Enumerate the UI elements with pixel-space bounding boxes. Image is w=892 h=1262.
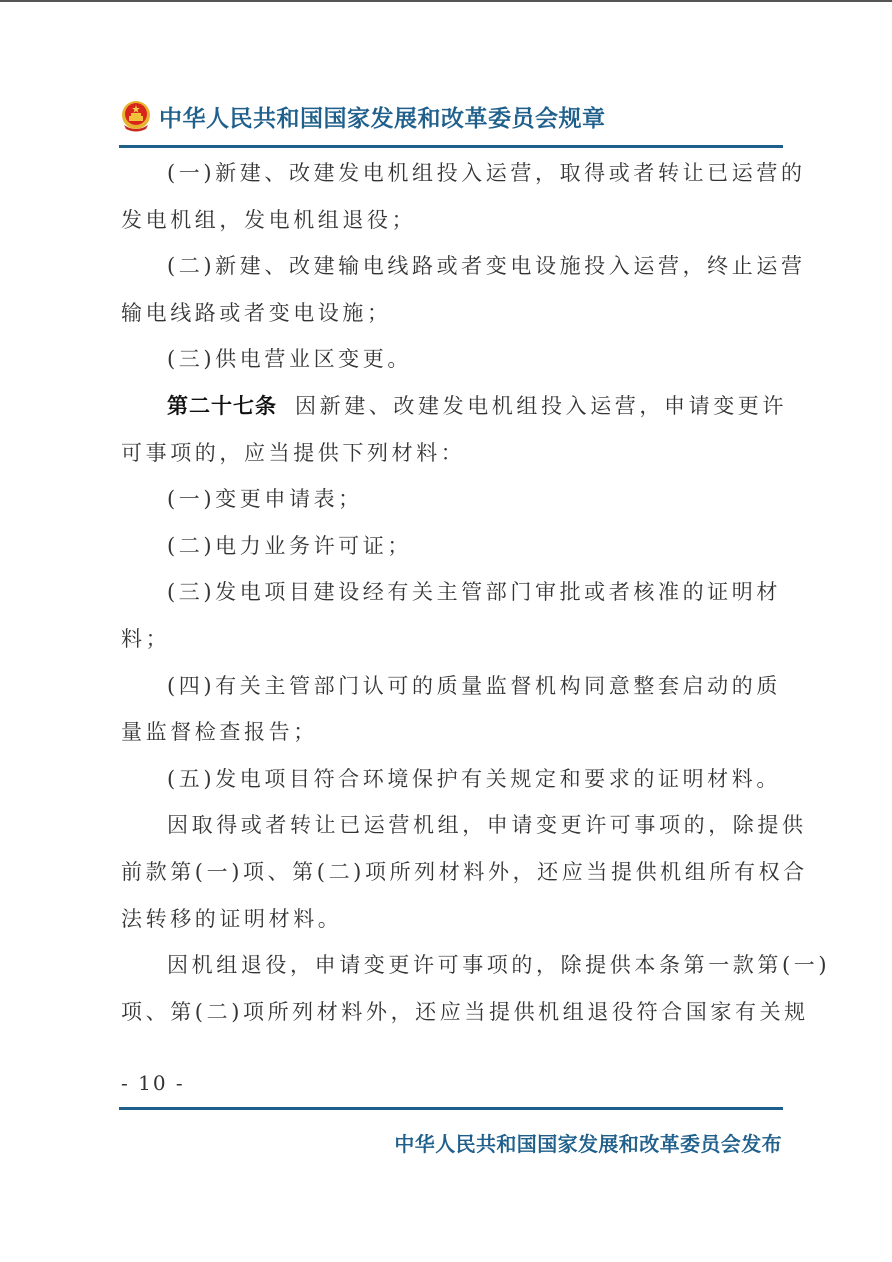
paragraph-line: 输电线路或者变电设施；	[121, 290, 783, 337]
paragraph-line: 料；	[121, 616, 783, 663]
paragraph-line: 可事项的，应当提供下列材料：	[121, 430, 783, 477]
paragraph-line: (二)新建、改建输电线路或者变电设施投入运营，终止运营	[121, 243, 783, 290]
article-number: 第二十七条	[167, 394, 277, 418]
document-body: (一)新建、改建发电机组投入运营，取得或者转让已运营的 发电机组，发电机组退役；…	[121, 150, 783, 1035]
header-title: 中华人民共和国国家发展和改革委员会规章	[159, 100, 606, 133]
paragraph-line: 量监督检查报告；	[121, 709, 783, 756]
paragraph-line: 法转移的证明材料。	[121, 896, 783, 943]
paragraph-line: (四)有关主管部门认可的质量监督机构同意整套启动的质	[121, 663, 783, 710]
paragraph-line: (五)发电项目符合环境保护有关规定和要求的证明材料。	[121, 756, 783, 803]
paragraph-line: 因机组退役，申请变更许可事项的，除提供本条第一款第(一)	[121, 942, 783, 989]
paragraph-line: (二)电力业务许可证；	[121, 523, 783, 570]
national-emblem-icon	[119, 99, 153, 133]
paragraph-line: 项、第(二)项所列材料外，还应当提供机组退役符合国家有关规	[121, 989, 783, 1036]
article-heading-line: 第二十七条因新建、改建发电机组投入运营，申请变更许	[121, 383, 783, 430]
paragraph-line: (三)供电营业区变更。	[121, 336, 783, 383]
page-number: - 10 -	[121, 1071, 185, 1095]
header-divider	[119, 145, 783, 148]
paragraph-line: (一)新建、改建发电机组投入运营，取得或者转让已运营的	[121, 150, 783, 197]
paragraph-line: 前款第(一)项、第(二)项所列材料外，还应当提供机组所有权合	[121, 849, 783, 896]
document-header: 中华人民共和国国家发展和改革委员会规章	[119, 96, 783, 136]
footer-publisher: 中华人民共和国国家发展和改革委员会发布	[394, 1128, 782, 1157]
page-top-edge	[0, 0, 892, 2]
paragraph-line: 因取得或者转让已运营机组，申请变更许可事项的，除提供	[121, 802, 783, 849]
paragraph-line: 发电机组，发电机组退役；	[121, 197, 783, 244]
footer-divider	[119, 1107, 783, 1110]
paragraph-line: (三)发电项目建设经有关主管部门审批或者核准的证明材	[121, 569, 783, 616]
paragraph-line: (一)变更申请表；	[121, 476, 783, 523]
